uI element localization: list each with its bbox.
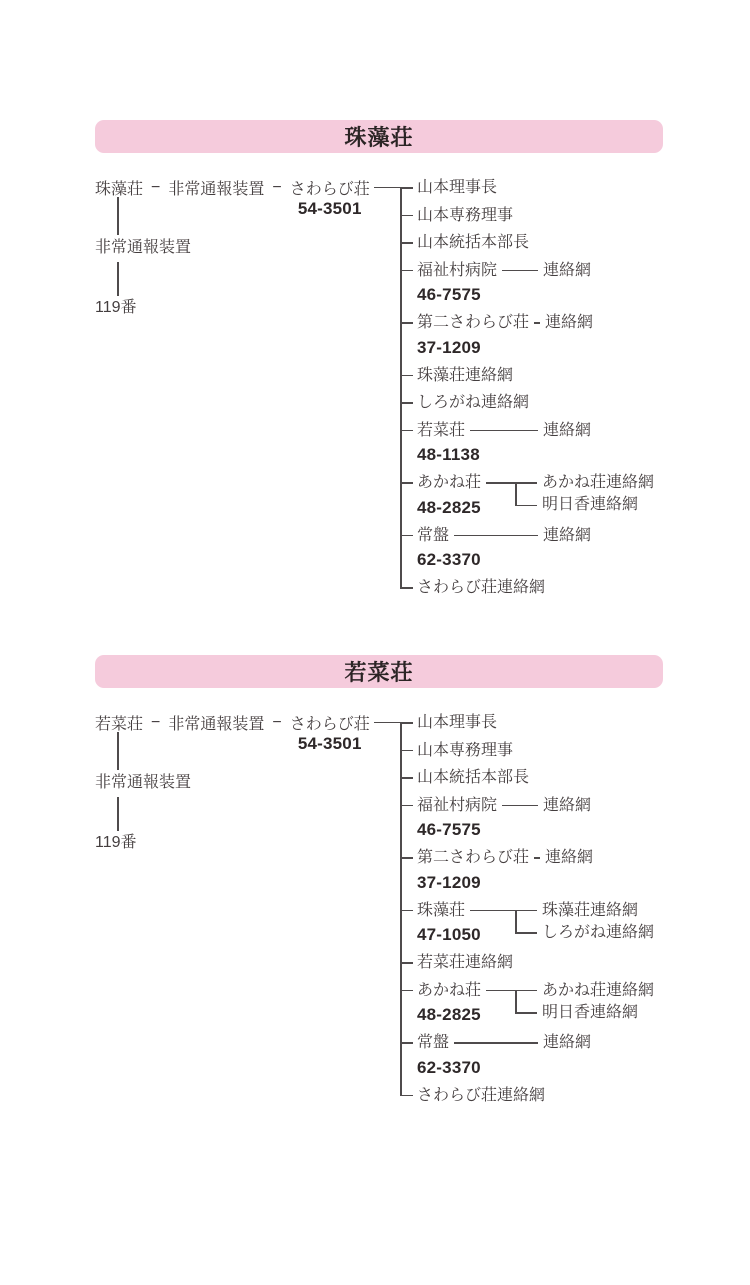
branch-list: 山本理事長 山本専務理事 山本統括本部長 福祉村病院 連絡網 46-7575 第… [400,174,665,602]
contact-tree-page: 珠藻荘 珠藻荘 − 非常通報装置 − さわらび荘 54-3501 非常通報装置 … [0,0,750,1285]
branch-label: 若菜荘連絡網 [417,949,513,977]
branch-phone: 47-1050 [417,924,515,946]
connector-line [534,857,540,859]
root-connector-line [374,722,401,724]
branch-row: 第二さわらび荘 連絡網 37-1209 [400,309,665,359]
root-hub: さわらび荘 54-3501 [290,711,370,734]
connector-line [486,990,515,992]
branch-phone: 62-3370 [417,549,665,571]
branch-row: 常盤 連絡網 62-3370 [400,1029,665,1079]
emergency-number-label: 119番 [95,829,137,856]
connector-line [515,505,537,507]
root-hub-phone: 54-3501 [298,199,362,219]
emergency-device-label: 非常通報装置 [95,234,191,261]
sub-network-label: 明日香連絡網 [542,1004,654,1021]
branch-label: 山本専務理事 [417,737,513,765]
sub-network-label: 珠藻荘連絡網 [542,897,654,924]
branch-label: 常盤 [417,522,449,550]
root-connector-line [374,187,401,189]
network-label: 連絡網 [543,792,591,820]
branch-label: 福祉村病院 [417,257,497,285]
branch-label: しろがね連絡網 [417,389,529,417]
branch-row: あかね荘 48-2825 あかね荘連絡網 明日香連絡網 [400,469,665,519]
branch-phone: 37-1209 [417,337,665,359]
branch-label: 珠藻荘連絡網 [417,362,513,390]
branch-label: 第二さわらび荘 [417,309,529,337]
connector-line [470,430,538,432]
connector-line [486,482,515,484]
root-hub-phone: 54-3501 [298,734,362,754]
network-label: 連絡網 [545,844,593,872]
section-title: 珠藻荘 [344,121,413,152]
subs-connector [515,977,537,1027]
network-label: 連絡網 [543,1029,591,1057]
connector-line [502,270,538,272]
branch-row: 山本専務理事 [400,737,665,765]
root-hub-label: さわらび荘 [290,716,370,733]
branch-row: あかね荘 48-2825 あかね荘連絡網 明日香連絡網 [400,977,665,1027]
vertical-connector-line [117,197,119,235]
branch-row: 珠藻荘 47-1050 珠藻荘連絡網 しろがね連絡網 [400,897,665,947]
branch-row: 福祉村病院 連絡網 46-7575 [400,257,665,307]
branch-row: 山本統括本部長 [400,764,665,792]
connector-line [515,932,537,934]
branch-label: さわらび荘連絡網 [417,574,545,602]
branch-row: 珠藻荘連絡網 [400,362,665,390]
branch-label: あかね荘 [417,977,481,1005]
branch-row: しろがね連絡網 [400,389,665,417]
branch-label: 山本統括本部長 [417,229,529,257]
branch-label: あかね荘 [417,469,481,497]
branch-label: 若菜荘 [417,417,465,445]
branch-row: 常盤 連絡網 62-3370 [400,522,665,572]
branch-phone: 48-1138 [417,444,665,466]
vertical-connector-line [117,262,119,296]
branch-row: さわらび荘連絡網 [400,1082,665,1110]
connector-line [515,990,517,1014]
network-label: 連絡網 [545,309,593,337]
connector-line [534,322,540,324]
branch-row: 山本理事長 [400,174,665,202]
vertical-connector-line [117,732,119,770]
sub-network-label: あかね荘連絡網 [542,977,654,1004]
sub-network-label: しろがね連絡網 [542,924,654,941]
branch-row: 若菜荘連絡網 [400,949,665,977]
branch-phone: 48-2825 [417,1004,515,1026]
connector-line [454,535,538,537]
branch-label: 福祉村病院 [417,792,497,820]
branch-list: 山本理事長 山本専務理事 山本統括本部長 福祉村病院 連絡網 46-7575 第… [400,709,665,1109]
vertical-connector-line [117,797,119,831]
branch-label: 山本理事長 [417,174,497,202]
connector-line [515,1012,537,1014]
connector-line [502,805,538,807]
left-chain: 非常通報装置 119番 [95,655,295,865]
branch-label: 山本専務理事 [417,202,513,230]
connector-line [515,910,517,934]
left-chain: 非常通報装置 119番 [95,120,295,330]
branch-phone: 62-3370 [417,1057,665,1079]
branch-phone: 48-2825 [417,497,515,519]
branch-row: 福祉村病院 連絡網 46-7575 [400,792,665,842]
sub-network-label: あかね荘連絡網 [542,469,654,496]
branch-label: さわらび荘連絡網 [417,1082,545,1110]
network-label: 連絡網 [543,417,591,445]
section-title: 若菜荘 [344,656,413,687]
subs-connector [515,469,537,519]
emergency-device-label: 非常通報装置 [95,769,191,796]
branch-row: 山本統括本部長 [400,229,665,257]
branch-phone: 46-7575 [417,284,665,306]
root-hub-label: さわらび荘 [290,181,370,198]
branch-label: 珠藻荘 [417,897,465,925]
branch-phone: 37-1209 [417,872,665,894]
network-label: 連絡網 [543,257,591,285]
branch-label: 山本理事長 [417,709,497,737]
connector-line [515,990,537,992]
branch-label: 第二さわらび荘 [417,844,529,872]
branch-label: 常盤 [417,1029,449,1057]
branch-row: 山本専務理事 [400,202,665,230]
branch-row: 山本理事長 [400,709,665,737]
connector-line [470,910,515,912]
branch-label: 山本統括本部長 [417,764,529,792]
sub-network-label: 明日香連絡網 [542,496,654,513]
emergency-number-label: 119番 [95,294,137,321]
branch-row: 若菜荘 連絡網 48-1138 [400,417,665,467]
connector-line [515,482,537,484]
connector-line [515,910,537,912]
branch-row: さわらび荘連絡網 [400,574,665,602]
network-label: 連絡網 [543,522,591,550]
connector-line [515,482,517,506]
connector-line [454,1042,538,1044]
branch-row: 第二さわらび荘 連絡網 37-1209 [400,844,665,894]
branch-phone: 46-7575 [417,819,665,841]
root-hub: さわらび荘 54-3501 [290,176,370,199]
subs-connector [515,897,537,947]
